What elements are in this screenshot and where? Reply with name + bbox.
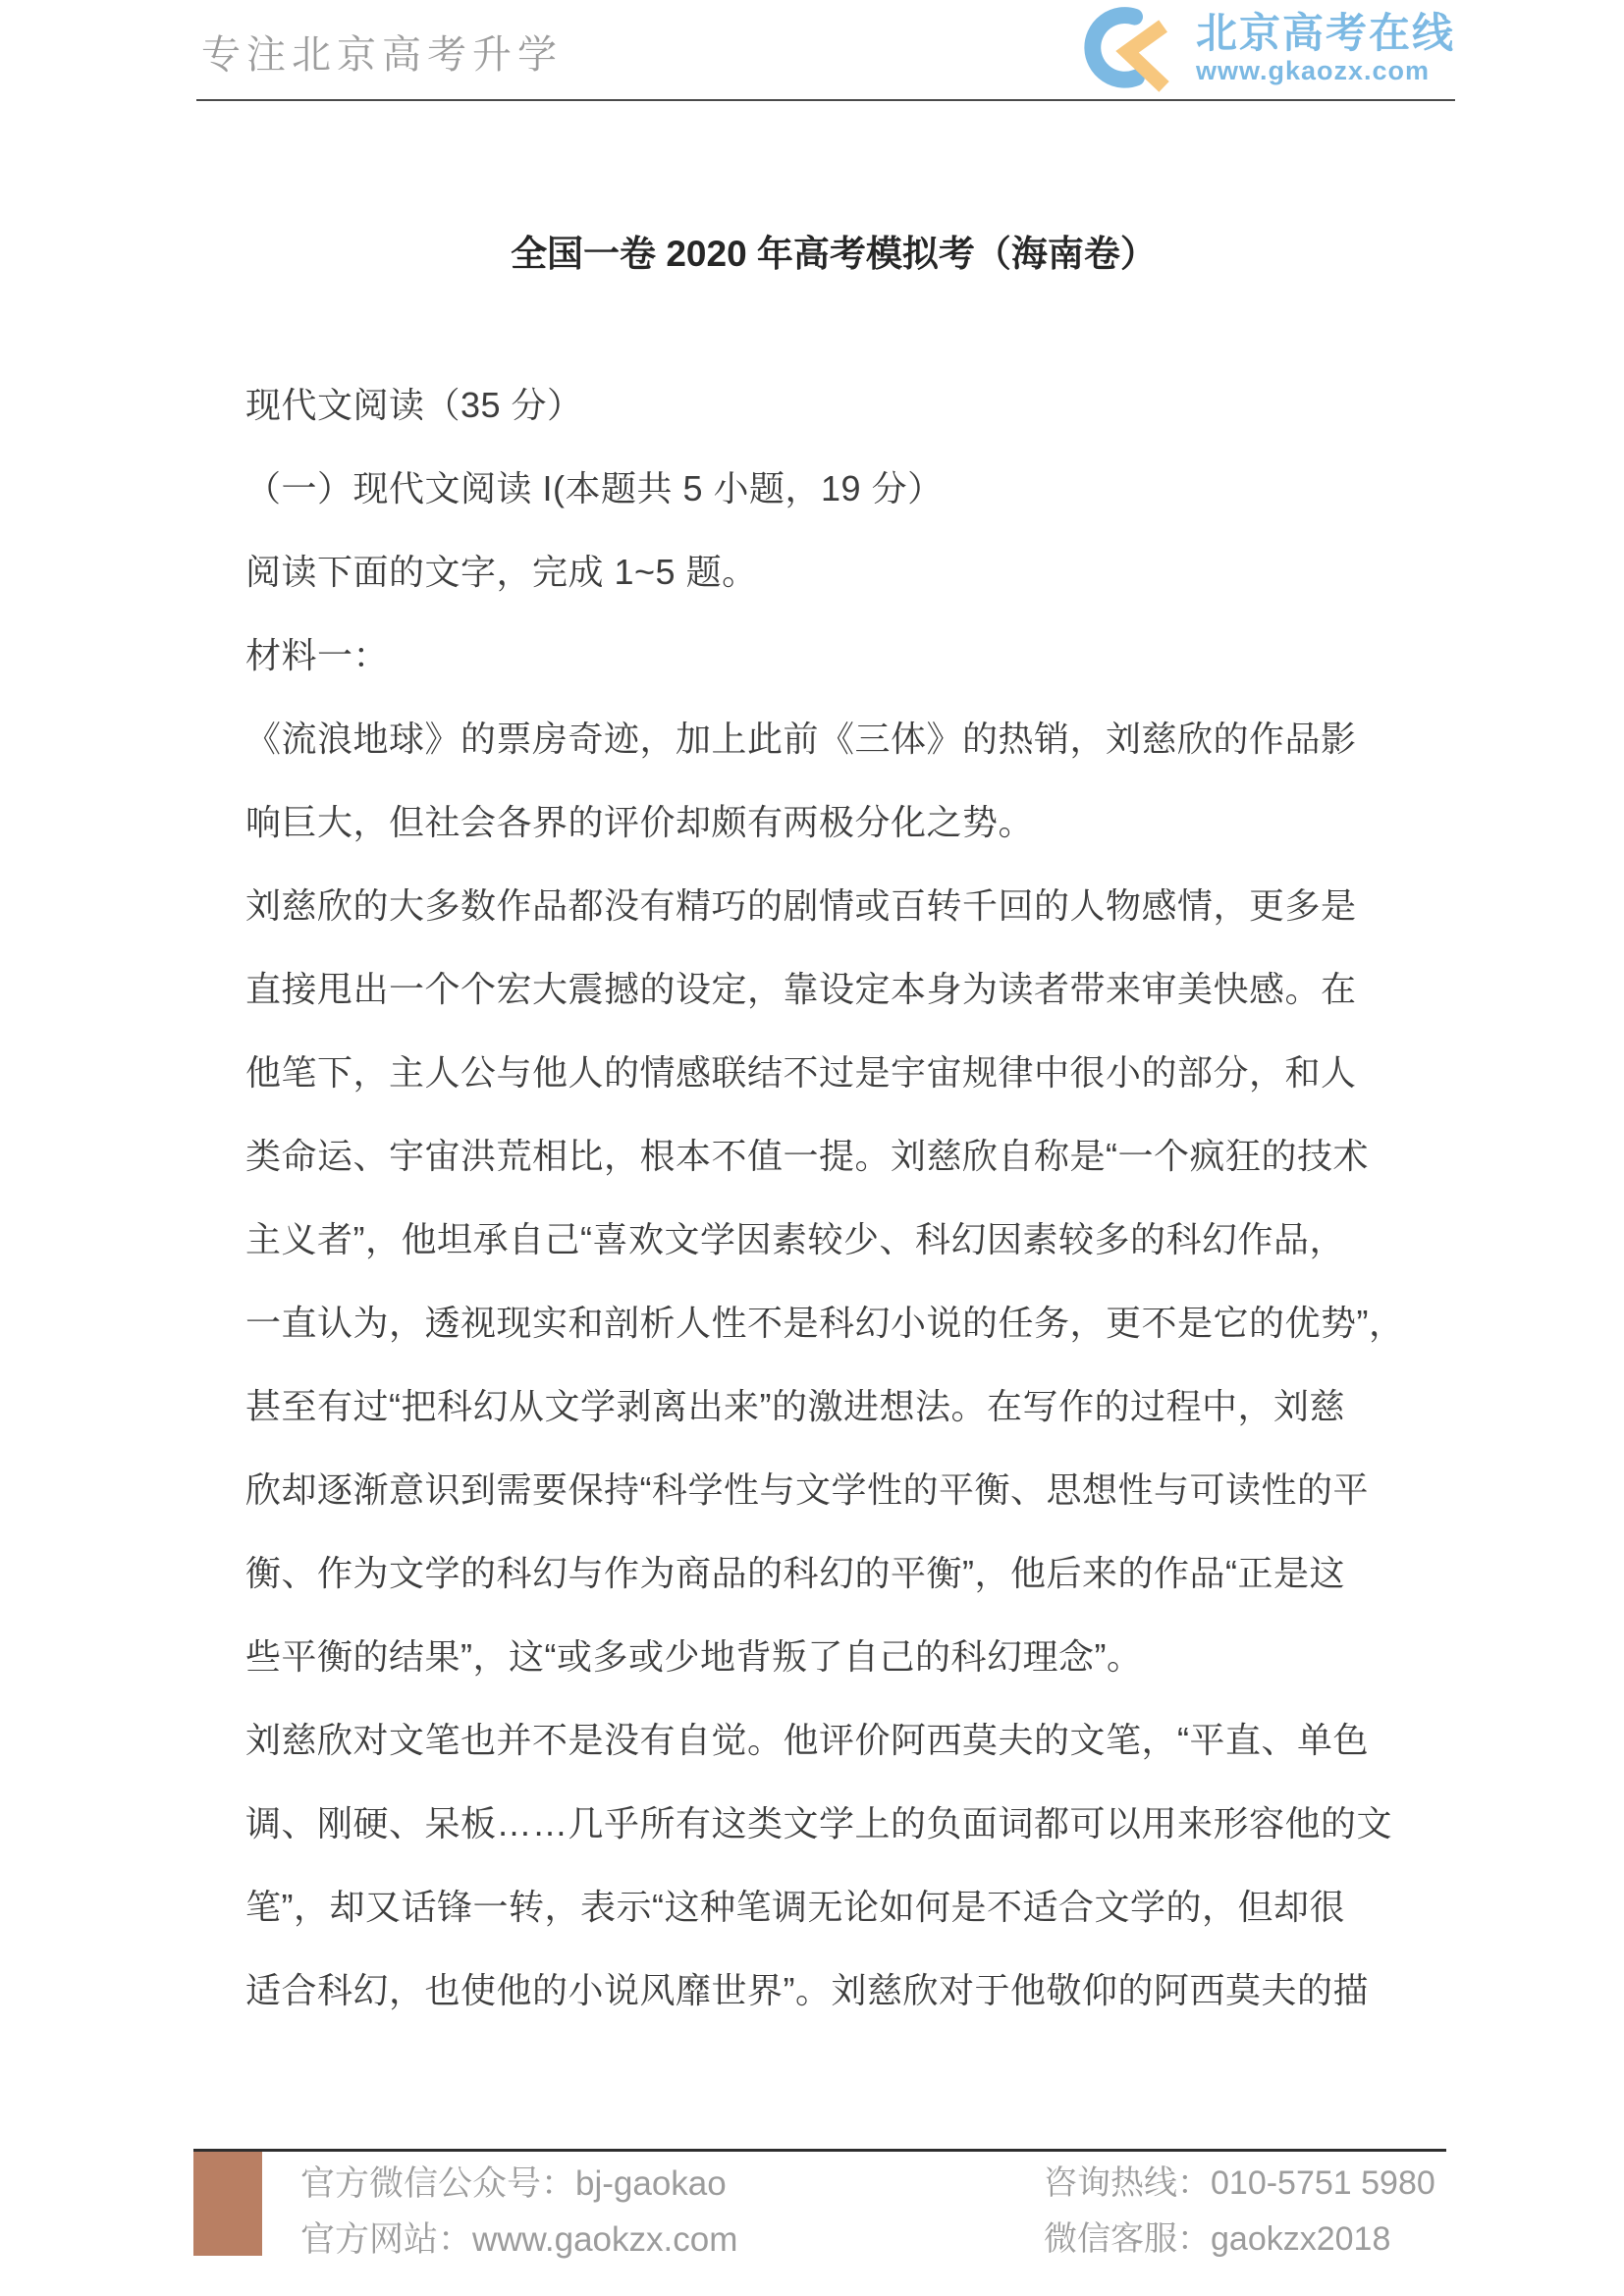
footer-left-block: 官方微信公众号：bj-gaokao 官方网站：www.gaokzx.com <box>300 2156 737 2268</box>
header-divider <box>196 99 1455 101</box>
footer-website: 官方网站：www.gaokzx.com <box>300 2212 737 2268</box>
body-text-line: 主义者”，他坦承自己“喜欢文学因素较少、科幻因素较多的科幻作品， <box>245 1198 1443 1281</box>
body-text-line: 刘慈欣对文笔也并不是没有自觉。他评价阿西莫夫的文笔，“平直、单色 <box>245 1698 1443 1782</box>
body-text-line: 调、刚硬、呆板……几乎所有这类文学上的负面词都可以用来形容他的文 <box>245 1782 1443 1865</box>
document-title: 全国一卷 2020 年高考模拟考（海南卷） <box>245 224 1422 277</box>
body-text-line: 笔”，却又话锋一转，表示“这种笔调无论如何是不适合文学的，但却很 <box>245 1865 1443 1949</box>
body-text-line: 些平衡的结果”，这“或多或少地背叛了自己的科幻理念”。 <box>245 1615 1443 1698</box>
body-text-line: 直接甩出一个个宏大震撼的设定，靠设定本身为读者带来审美快感。在 <box>245 947 1443 1031</box>
body-text-line: 响巨大，但社会各界的评价却颇有两极分化之势。 <box>245 780 1443 864</box>
body-text-line: 类命运、宇宙洪荒相比，根本不值一提。刘慈欣自称是“一个疯狂的技术 <box>245 1114 1443 1198</box>
body-text-line: （一）现代文阅读 I(本题共 5 小题，19 分） <box>245 447 1443 530</box>
footer-hotline: 咨询热线：010-5751 5980 <box>1044 2156 1435 2212</box>
footer-divider <box>193 2149 1446 2152</box>
logo-text-block: 北京高考在线 www.gkaozx.com <box>1196 13 1455 84</box>
document-body-text: 现代文阅读（35 分）（一）现代文阅读 I(本题共 5 小题，19 分）阅读下面… <box>245 363 1443 2032</box>
body-text-line: 衡、作为文学的科幻与作为商品的科幻的平衡”，他后来的作品“正是这 <box>245 1531 1443 1615</box>
body-text-line: 他笔下，主人公与他人的情感联结不过是宇宙规律中很小的部分，和人 <box>245 1031 1443 1114</box>
body-text-line: 一直认为，透视现实和剖析人性不是科幻小说的任务，更不是它的优势”， <box>245 1281 1443 1364</box>
footer-accent-block <box>193 2152 262 2256</box>
footer-right-block: 咨询热线：010-5751 5980 微信客服：gaokzx2018 <box>1044 2156 1435 2268</box>
document-page: 专注北京高考升学 北京高考在线 www.gkaozx.com 全国一卷 2020… <box>0 0 1624 2296</box>
logo-title: 北京高考在线 <box>1196 13 1455 54</box>
header-tagline: 专注北京高考升学 <box>201 24 563 80</box>
body-text-line: 现代文阅读（35 分） <box>245 363 1443 447</box>
logo-url: www.gkaozx.com <box>1196 58 1455 84</box>
body-text-line: 阅读下面的文字，完成 1~5 题。 <box>245 530 1443 614</box>
gk-monogram-icon <box>1068 4 1188 92</box>
footer-wechat-service: 微信客服：gaokzx2018 <box>1044 2212 1435 2268</box>
body-text-line: 刘慈欣的大多数作品都没有精巧的剧情或百转千回的人物感情，更多是 <box>245 864 1443 947</box>
body-text-line: 甚至有过“把科幻从文学剥离出来”的激进想法。在写作的过程中，刘慈 <box>245 1364 1443 1448</box>
footer-wechat-public: 官方微信公众号：bj-gaokao <box>300 2156 737 2212</box>
body-text-line: 欣却逐渐意识到需要保持“科学性与文学性的平衡、思想性与可读性的平 <box>245 1448 1443 1531</box>
body-text-line: 适合科幻，也使他的小说风靡世界”。刘慈欣对于他敬仰的阿西莫夫的描 <box>245 1949 1443 2032</box>
body-text-line: 《流浪地球》的票房奇迹，加上此前《三体》的热销，刘慈欣的作品影 <box>245 697 1443 780</box>
site-logo: 北京高考在线 www.gkaozx.com <box>1068 4 1455 92</box>
body-text-line: 材料一： <box>245 614 1443 697</box>
